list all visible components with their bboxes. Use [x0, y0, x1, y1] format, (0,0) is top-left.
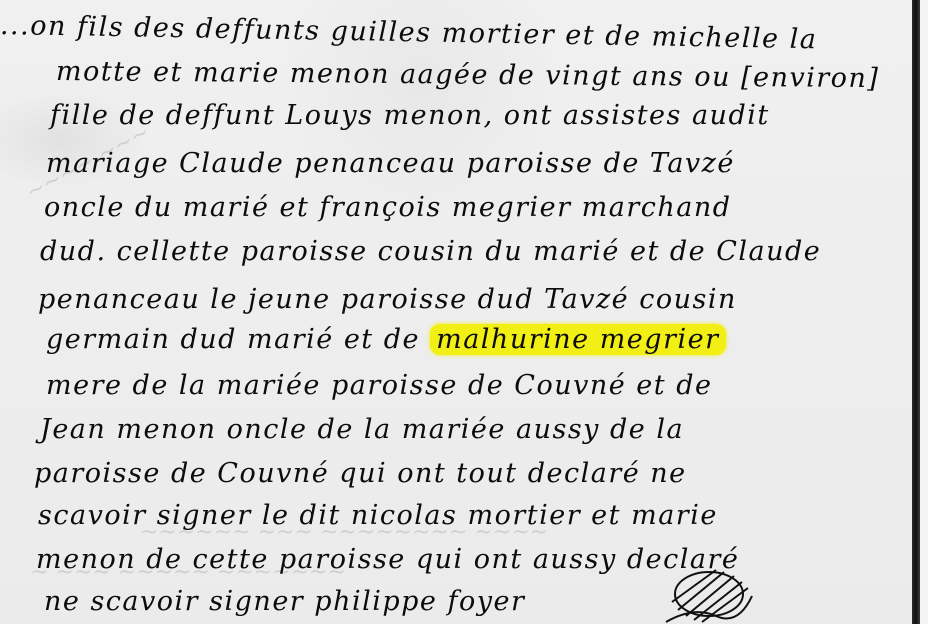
record-line-13: menon de cette paroisse qui ont aussy de…: [36, 544, 739, 575]
record-line-8: germain dud marié et de malhurine megrie…: [46, 324, 726, 355]
highlighted-name: malhurine megrier: [430, 324, 725, 355]
page-binding-edge: [912, 0, 920, 624]
signature-flourish-icon: [664, 566, 754, 624]
record-line-4: mariage Claude penanceau paroisse de Tav…: [46, 148, 735, 179]
record-line-8-text: germain dud marié et de: [46, 324, 420, 355]
record-line-10: Jean menon oncle de la mariée aussy de l…: [40, 414, 684, 445]
record-line-5: oncle du marié et françois megrier march…: [44, 192, 732, 223]
page-margin: [920, 0, 928, 624]
record-line-11: paroisse de Couvné qui ont tout declaré …: [34, 458, 687, 489]
record-line-1: ...on fils des deffunts guilles mortier …: [0, 10, 818, 55]
record-line-9: mere de la mariée paroisse de Couvné et …: [46, 370, 712, 401]
document-scan: ~~~~ ~~~ ~ ~~~ ~~~~~ ~~~~~~~ ~~~~~~ ~~~ …: [0, 0, 928, 624]
record-line-3: fille de deffunt Louys menon, ont assist…: [50, 100, 770, 131]
record-line-6: dud. cellette paroisse cousin du marié e…: [40, 236, 821, 267]
record-line-2: motte et marie menon aagée de vingt ans …: [56, 56, 880, 94]
record-line-7: penanceau le jeune paroisse dud Tavzé co…: [38, 284, 737, 315]
record-line-12: scavoir signer le dit nicolas mortier et…: [38, 500, 718, 531]
record-line-14: ne scavoir signer philippe foyer: [44, 586, 525, 617]
